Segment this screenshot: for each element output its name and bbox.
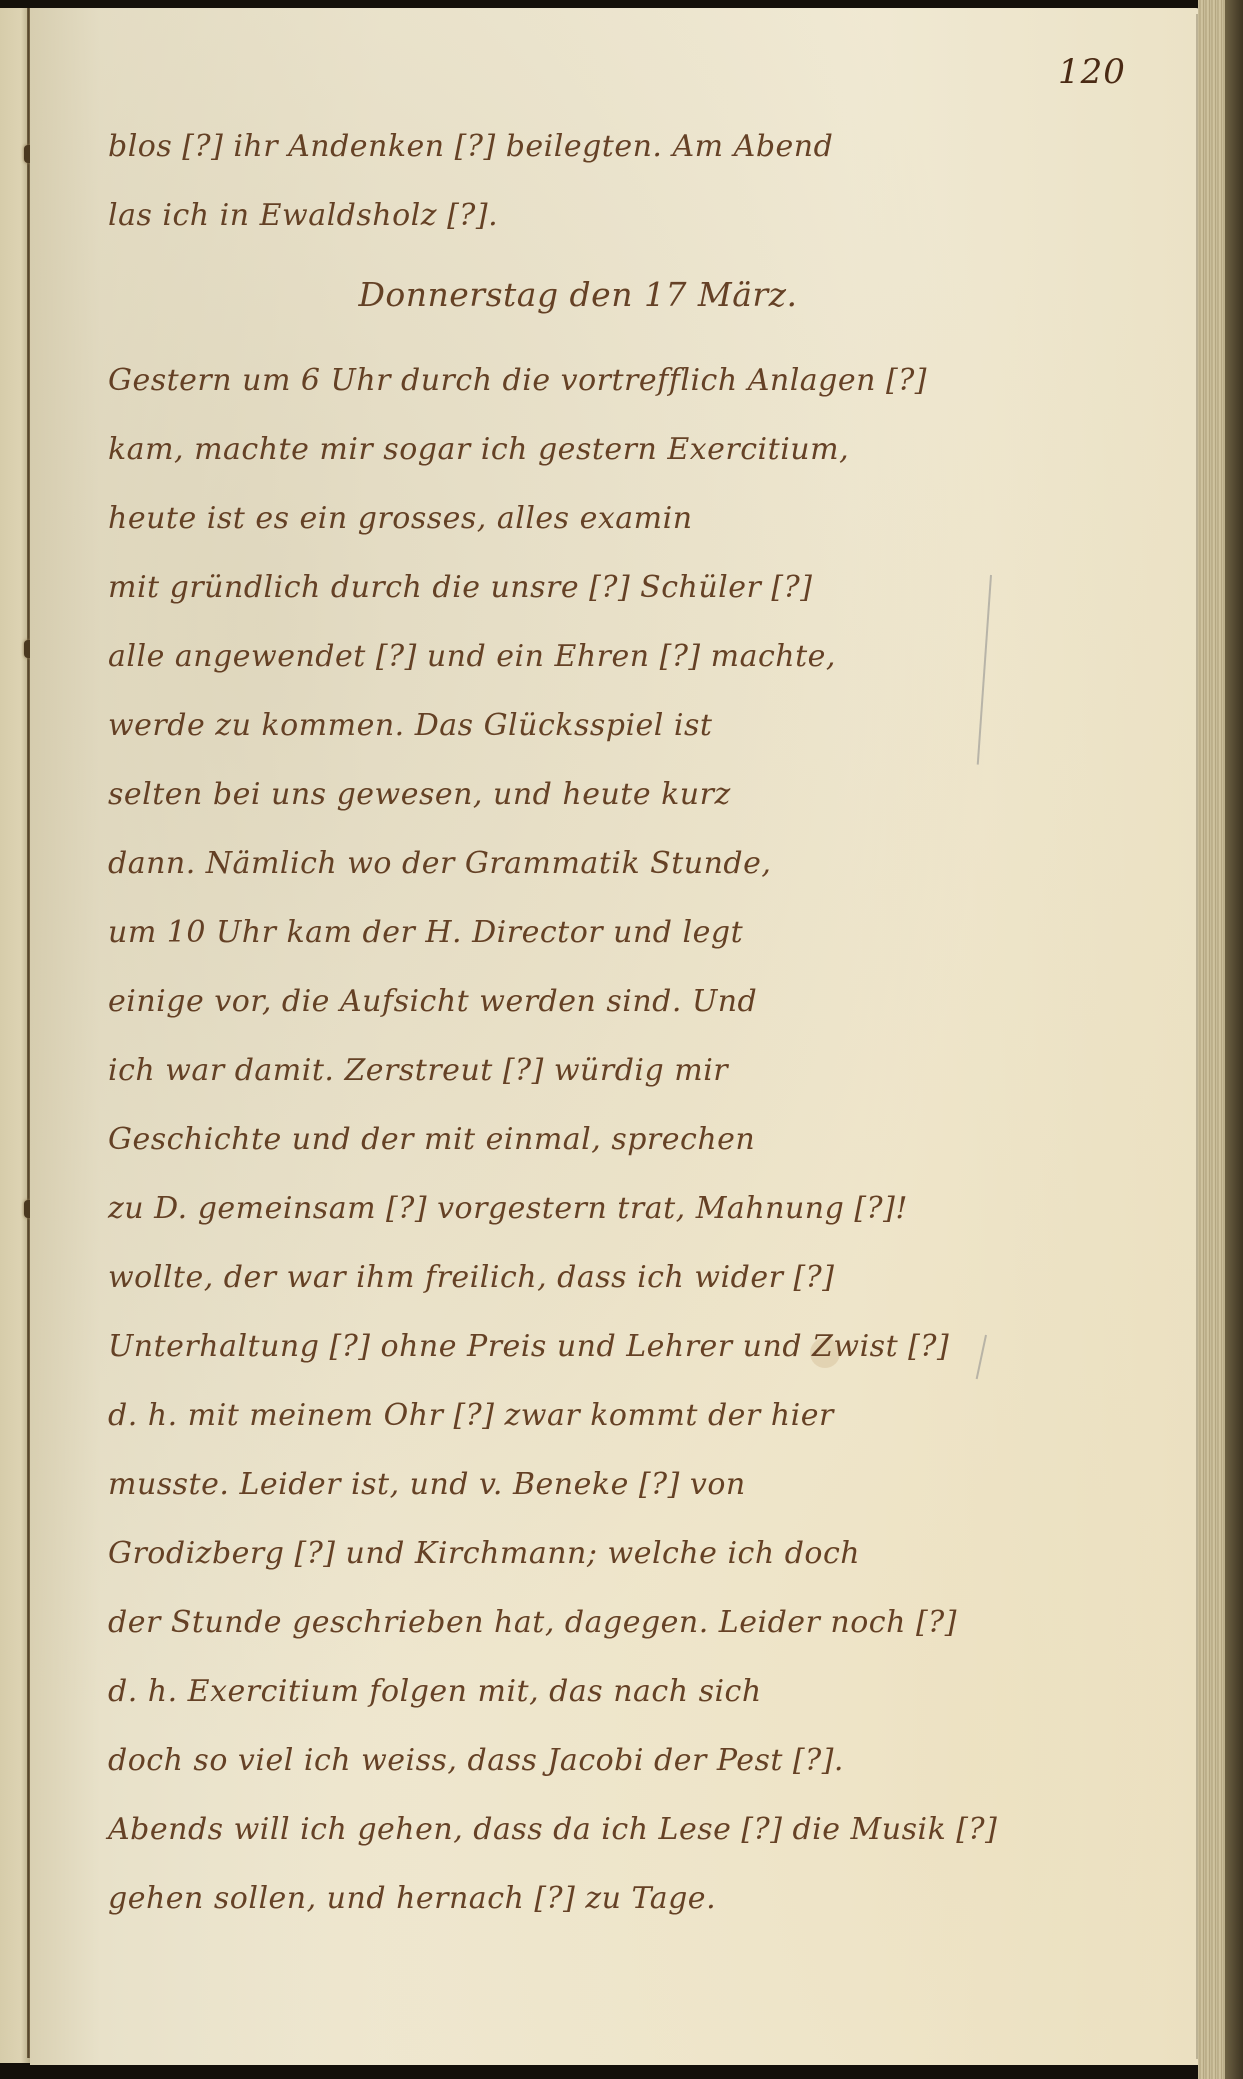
text-line: Unterhaltung [?] ohne Preis und Lehrer u…	[108, 1312, 1008, 1381]
manuscript-scan: 120 blos [?] ihr Andenken [?] beilegten.…	[0, 0, 1243, 2079]
text-line: las ich in Ewaldsholz [?].	[108, 181, 1008, 250]
text-line: kam, machte mir sogar ich gestern Exerci…	[108, 415, 1008, 484]
text-line: Gestern um 6 Uhr durch die vortrefflich …	[108, 346, 1008, 415]
text-line: mit gründlich durch die unsre [?] Schüle…	[108, 553, 1008, 622]
text-line: selten bei uns gewesen, und heute kurz	[108, 760, 1008, 829]
text-line: einige vor, die Aufsicht werden sind. Un…	[108, 967, 1008, 1036]
text-line: um 10 Uhr kam der H. Director und legt	[108, 898, 1008, 967]
text-line: dann. Nämlich wo der Grammatik Stunde,	[108, 829, 1008, 898]
text-line: alle angewendet [?] und ein Ehren [?] ma…	[108, 622, 1008, 691]
text-line: zu D. gemeinsam [?] vorgestern trat, Mah…	[108, 1174, 1008, 1243]
text-line: blos [?] ihr Andenken [?] beilegten. Am …	[108, 112, 1008, 181]
entry-heading-date: Donnerstag den 17 März.	[108, 250, 1008, 340]
text-line: ich war damit. Zerstreut [?] würdig mir	[108, 1036, 1008, 1105]
text-line: Geschichte und der mit einmal, sprechen	[108, 1105, 1008, 1174]
handwritten-text: blos [?] ihr Andenken [?] beilegten. Am …	[108, 112, 1008, 1933]
text-line: musste. Leider ist, und v. Beneke [?] vo…	[108, 1450, 1008, 1519]
text-line: Abends will ich gehen, dass da ich Lese …	[108, 1795, 1008, 1864]
text-line: d. h. Exercitium folgen mit, das nach si…	[108, 1657, 1008, 1726]
text-line: Grodizberg [?] und Kirchmann; welche ich…	[108, 1519, 1008, 1588]
text-line: der Stunde geschrieben hat, dagegen. Lei…	[108, 1588, 1008, 1657]
facing-page-edge	[0, 8, 30, 2063]
text-line: doch so viel ich weiss, dass Jacobi der …	[108, 1726, 1008, 1795]
stacked-page-edges	[1198, 0, 1243, 2079]
text-line: gehen sollen, und hernach [?] zu Tage.	[108, 1864, 1008, 1933]
text-line: heute ist es ein grosses, alles examin	[108, 484, 1008, 553]
text-line: d. h. mit meinem Ohr [?] zwar kommt der …	[108, 1381, 1008, 1450]
text-line: wollte, der war ihm freilich, dass ich w…	[108, 1243, 1008, 1312]
text-line: werde zu kommen. Das Glücksspiel ist	[108, 691, 1008, 760]
page-number: 120	[1058, 52, 1126, 92]
